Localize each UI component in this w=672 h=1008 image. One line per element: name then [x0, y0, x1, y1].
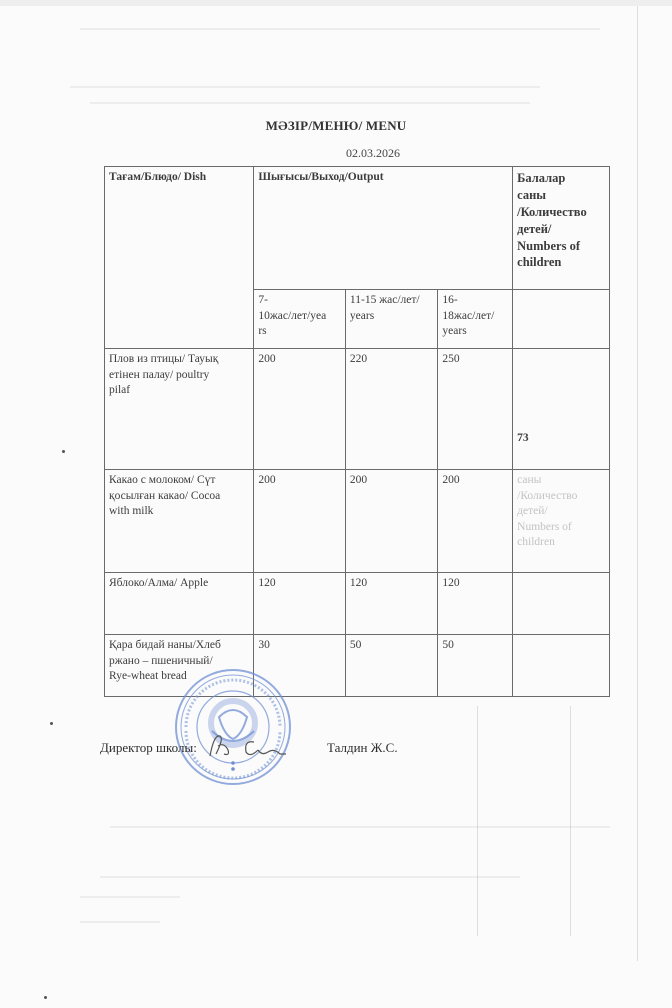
- table-row: Яблоко/Алма/ Apple 120 120 120: [105, 573, 610, 635]
- director-name: Талдин Ж.С.: [327, 740, 398, 756]
- age-label-line: 10жас/лет/yea: [258, 309, 341, 325]
- table-row: Какао с молоком/ Сүт қосылған какао/ Coc…: [105, 470, 610, 573]
- bleed-through-line: [70, 86, 540, 88]
- header-age-7-10: 7- 10жас/лет/yea rs: [254, 290, 346, 349]
- header-age-11-15: 11-15 жас/лет/ years: [345, 290, 438, 349]
- scan-speck: [62, 450, 65, 453]
- dish-name: Яблоко/Алма/ Apple: [105, 573, 254, 635]
- portion-16-18: 200: [438, 470, 513, 573]
- bleed-through-border: [477, 706, 478, 936]
- dish-name-line: етінен палау/ poultry: [109, 368, 249, 384]
- children-count: 73: [513, 349, 610, 470]
- signature-block: Директор школы: Талдин Ж.С.: [100, 740, 420, 764]
- bleed-through-line: [80, 896, 180, 898]
- header-children-line: саны: [517, 187, 605, 204]
- dish-name-line: Яблоко/Алма/ Apple: [109, 576, 249, 592]
- document-title: МӘЗІР/МЕНЮ/ MENU: [0, 118, 672, 134]
- portion-7-10: 120: [254, 573, 346, 635]
- portion-16-18: 50: [438, 635, 513, 697]
- age-label-line: 16-: [442, 293, 508, 309]
- bleed-through-line: [80, 28, 600, 30]
- dish-name-line: қосылған какао/ Cocoa: [109, 489, 249, 505]
- portion-11-15: 120: [345, 573, 438, 635]
- dish-name-line: Қара бидай наны/Хлеб: [109, 638, 249, 654]
- dish-name-line: Плов из птицы/ Тауық: [109, 352, 249, 368]
- header-children: Балалар саны /Количество детей/ Numbers …: [513, 167, 610, 290]
- dish-name: Плов из птицы/ Тауық етінен палау/ poult…: [105, 349, 254, 470]
- bleed-through-line: [110, 826, 610, 828]
- portion-11-15: 220: [345, 349, 438, 470]
- bleed-through-text: саны /Количество детей/ Numbers of child…: [513, 470, 610, 573]
- scan-speck: [50, 722, 53, 725]
- portion-16-18: 250: [438, 349, 513, 470]
- dish-name-line: Какао с молоком/ Сүт: [109, 473, 249, 489]
- age-label-line: rs: [258, 324, 341, 340]
- portion-11-15: 200: [345, 470, 438, 573]
- header-children-line: children: [517, 254, 605, 271]
- header-children-line: Numbers of: [517, 238, 605, 255]
- bleed-through-line: саны: [517, 473, 605, 489]
- dish-name-line: pilaf: [109, 383, 249, 399]
- children-count: [513, 573, 610, 635]
- menu-table: Тағам/Блюдо/ Dish Шығысы/Выход/Output Ба…: [104, 166, 610, 697]
- bleed-through-line: [90, 102, 530, 104]
- children-empty-cell: [513, 290, 610, 349]
- bleed-through-line: детей/: [517, 504, 605, 520]
- age-label-line: years: [350, 309, 434, 325]
- scan-speck: [44, 996, 47, 999]
- age-label-line: 18жас/лет/: [442, 309, 508, 325]
- bleed-through-line: Numbers of: [517, 520, 605, 536]
- header-age-16-18: 16- 18жас/лет/ years: [438, 290, 513, 349]
- bleed-through-line: /Количество: [517, 489, 605, 505]
- header-children-line: детей/: [517, 221, 605, 238]
- age-label-line: 11-15 жас/лет/: [350, 293, 434, 309]
- bleed-through-border: [570, 706, 571, 936]
- signature-scribble-icon: [202, 728, 292, 764]
- table-row: Плов из птицы/ Тауық етінен палау/ poult…: [105, 349, 610, 470]
- header-children-line: /Количество: [517, 204, 605, 221]
- portion-7-10: 200: [254, 470, 346, 573]
- header-dish: Тағам/Блюдо/ Dish: [105, 167, 254, 349]
- header-output: Шығысы/Выход/Output: [254, 167, 513, 290]
- children-count: [513, 635, 610, 697]
- dish-name-line: with milk: [109, 504, 249, 520]
- document-date: 02.03.2026: [0, 146, 672, 161]
- bleed-through-line: [80, 921, 160, 923]
- portion-11-15: 50: [345, 635, 438, 697]
- portion-7-10: 200: [254, 349, 346, 470]
- header-children-line: Балалар: [517, 170, 605, 187]
- bleed-through-line: children: [517, 535, 605, 551]
- age-label-line: years: [442, 324, 508, 340]
- bleed-through-line: [100, 876, 520, 878]
- portion-16-18: 120: [438, 573, 513, 635]
- header-row: Тағам/Блюдо/ Dish Шығысы/Выход/Output Ба…: [105, 167, 610, 290]
- dish-name: Какао с молоком/ Сүт қосылған какао/ Coc…: [105, 470, 254, 573]
- signature-label: Директор школы:: [100, 740, 197, 756]
- age-label-line: 7-: [258, 293, 341, 309]
